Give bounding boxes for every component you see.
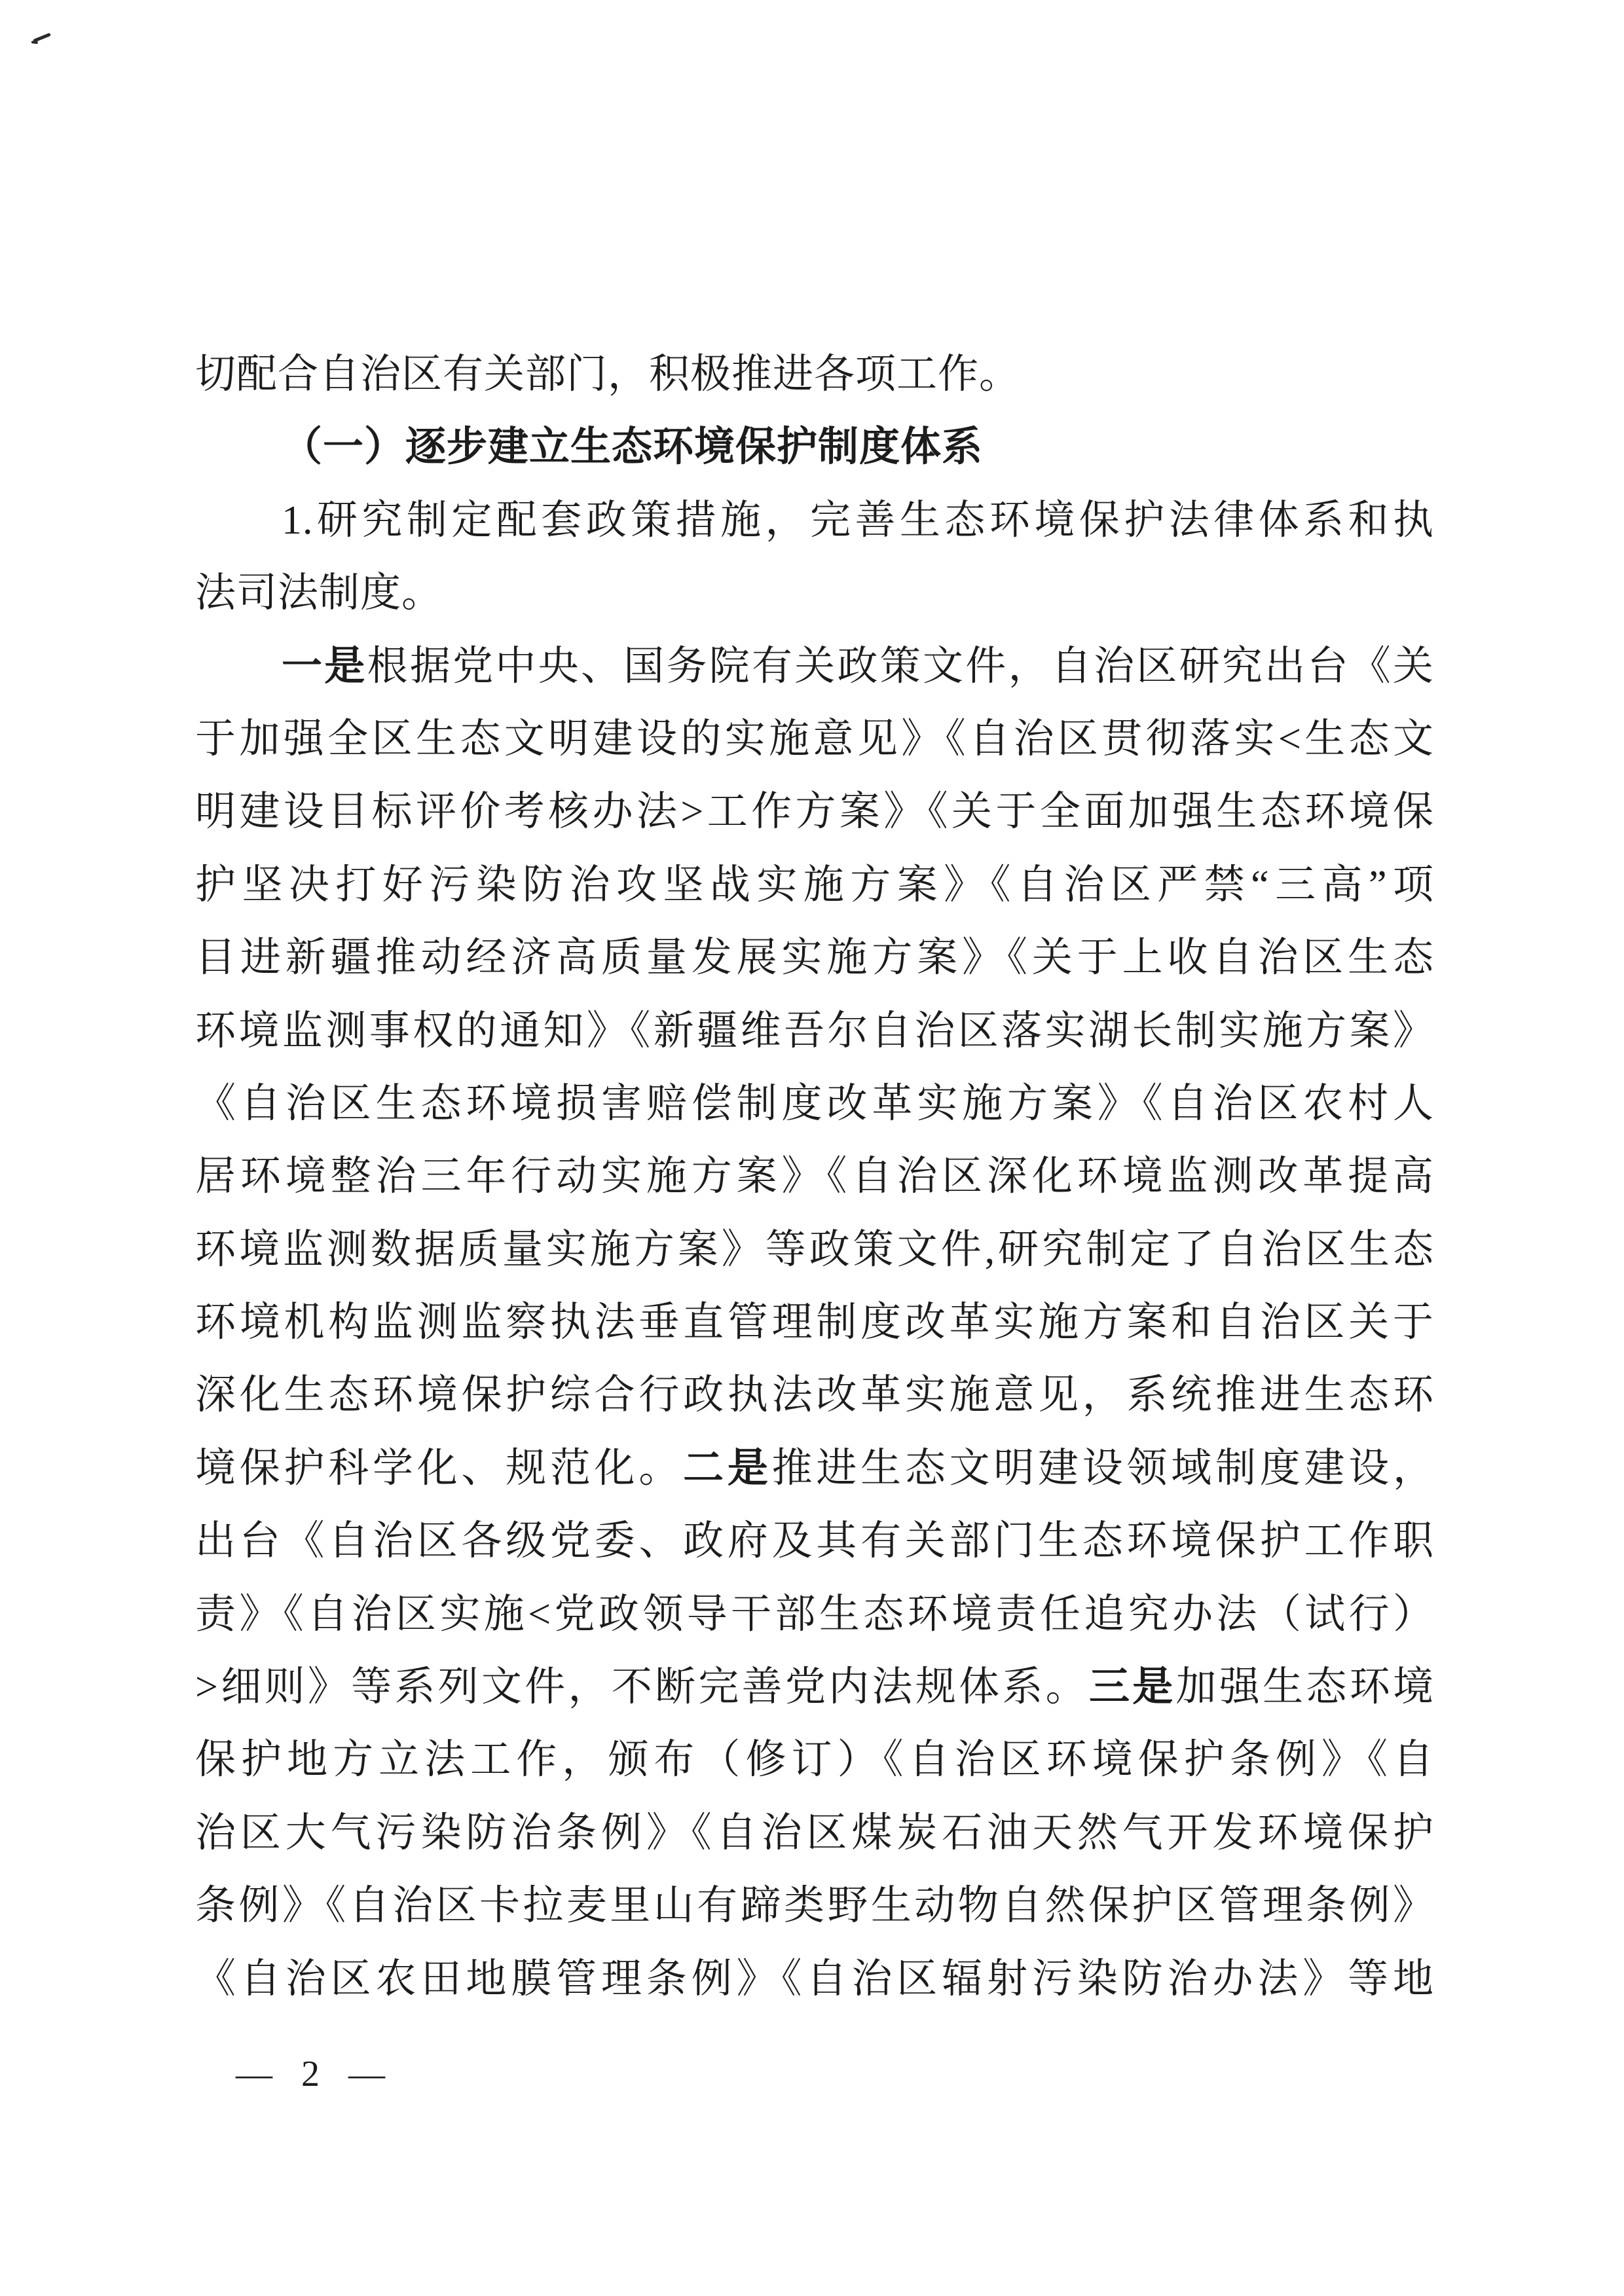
body-text: 护坚决打好污染防治攻坚战实施方案》《自治区严禁“三高”项 (195, 863, 1434, 907)
text-line: 出台《自治区各级党委、政府及其有关部门生态环境保护工作职 (195, 1505, 1434, 1578)
text-line: 环境监测数据质量实施方案》等政策文件,研究制定了自治区生态 (195, 1214, 1434, 1286)
emphasis-text: （一）逐步建立生态环境保护制度体系 (282, 425, 983, 469)
page-number-label: — 2 — (236, 2054, 389, 2094)
text-line: 法司法制度。 (195, 557, 1434, 630)
text-line: 责》《自治区实施<党政领导干部生态环境责任追究办法（试行） (195, 1578, 1434, 1651)
body-text: 治区大气污染防治条例》《自治区煤炭石油天然气开发环境保护 (195, 1811, 1434, 1855)
text-line: 《自治区农田地膜管理条例》《自治区辐射污染防治办法》等地 (195, 1943, 1434, 2016)
text-line: 境保护科学化、规范化。二是推进生态文明建设领域制度建设， (195, 1432, 1434, 1505)
body-text: 1.研究制定配套政策措施，完善生态环境保护法律体系和执 (282, 498, 1434, 543)
body-text: 环境监测数据质量实施方案》等政策文件,研究制定了自治区生态 (195, 1228, 1434, 1272)
text-line: 1.研究制定配套政策措施，完善生态环境保护法律体系和执 (195, 484, 1434, 557)
body-text: 目进新疆推动经济高质量发展实施方案》《关于上收自治区生态 (195, 936, 1434, 980)
body-text: 《自治区生态环境损害赔偿制度改革实施方案》《自治区农村人 (195, 1082, 1434, 1126)
text-line: 一是根据党中央、国务院有关政策文件，自治区研究出台《关 (195, 630, 1434, 703)
body-text: >细则》等系列文件，不断完善党内法规体系。 (195, 1665, 1089, 1709)
body-text: 环境监测事权的通知》《新疆维吾尔自治区落实湖长制实施方案》 (195, 1009, 1434, 1053)
text-line: 目进新疆推动经济高质量发展实施方案》《关于上收自治区生态 (195, 922, 1434, 994)
body-text: 加强生态环境 (1176, 1665, 1434, 1709)
text-line: 保护地方立法工作，颁布（修订）《自治区环境保护条例》《自 (195, 1724, 1434, 1796)
text-line: 明建设目标评价考核办法>工作方案》《关于全面加强生态环境保 (195, 776, 1434, 848)
body-text: 环境机构监测监察执法垂直管理制度改革实施方案和自治区关于 (195, 1300, 1434, 1345)
text-line: 护坚决打好污染防治攻坚战实施方案》《自治区严禁“三高”项 (195, 849, 1434, 922)
body-text: 保护地方立法工作，颁布（修订）《自治区环境保护条例》《自 (195, 1738, 1434, 1782)
text-line: 《自治区生态环境损害赔偿制度改革实施方案》《自治区农村人 (195, 1068, 1434, 1140)
body-text: 居环境整治三年行动实施方案》《自治区深化环境监测改革提高 (195, 1154, 1434, 1199)
body-text: 明建设目标评价考核办法>工作方案》《关于全面加强生态环境保 (195, 790, 1434, 834)
text-line: （一）逐步建立生态环境保护制度体系 (195, 411, 1434, 484)
emphasis-text: 二是 (683, 1446, 771, 1491)
body-text: 出台《自治区各级党委、政府及其有关部门生态环境保护工作职 (195, 1519, 1434, 1563)
body-text: 根据党中央、国务院有关政策文件，自治区研究出台《关 (367, 644, 1434, 689)
text-line: 切配合自治区有关部门，积极推进各项工作。 (195, 338, 1434, 411)
body-text: 法司法制度。 (195, 571, 443, 615)
text-line: 治区大气污染防治条例》《自治区煤炭石油天然气开发环境保护 (195, 1797, 1434, 1870)
body-text: 于加强全区生态文明建设的实施意见》《自治区贯彻落实<生态文 (195, 717, 1434, 761)
body-text: 境保护科学化、规范化。 (195, 1446, 683, 1491)
document-body: 切配合自治区有关部门，积极推进各项工作。（一）逐步建立生态环境保护制度体系1.研… (195, 338, 1434, 2016)
text-line: 条例》《自治区卡拉麦里山有蹄类野生动物自然保护区管理条例》 (195, 1870, 1434, 1942)
body-text: 切配合自治区有关部门，积极推进各项工作。 (195, 352, 1020, 397)
text-line: 深化生态环境保护综合行政执法改革实施意见，系统推进生态环 (195, 1359, 1434, 1432)
page-number: — 2 — (236, 2048, 389, 2100)
emphasis-text: 三是 (1089, 1665, 1176, 1709)
handwritten-pen-tick-icon (33, 33, 51, 43)
document-page: 切配合自治区有关部门，积极推进各项工作。（一）逐步建立生态环境保护制度体系1.研… (0, 0, 1624, 2296)
body-text: 条例》《自治区卡拉麦里山有蹄类野生动物自然保护区管理条例》 (195, 1884, 1434, 1928)
body-text: 深化生态环境保护综合行政执法改革实施意见，系统推进生态环 (195, 1373, 1434, 1417)
body-text: 责》《自治区实施<党政领导干部生态环境责任追究办法（试行） (195, 1592, 1434, 1637)
body-text: 推进生态文明建设领域制度建设， (772, 1446, 1434, 1491)
text-line: 环境监测事权的通知》《新疆维吾尔自治区落实湖长制实施方案》 (195, 995, 1434, 1068)
text-line: 于加强全区生态文明建设的实施意见》《自治区贯彻落实<生态文 (195, 703, 1434, 776)
text-line: 环境机构监测监察执法垂直管理制度改革实施方案和自治区关于 (195, 1286, 1434, 1359)
text-line: 居环境整治三年行动实施方案》《自治区深化环境监测改革提高 (195, 1140, 1434, 1213)
body-text: 《自治区农田地膜管理条例》《自治区辐射污染防治办法》等地 (195, 1957, 1434, 2001)
text-line: >细则》等系列文件，不断完善党内法规体系。三是加强生态环境 (195, 1651, 1434, 1724)
emphasis-text: 一是 (282, 644, 367, 689)
